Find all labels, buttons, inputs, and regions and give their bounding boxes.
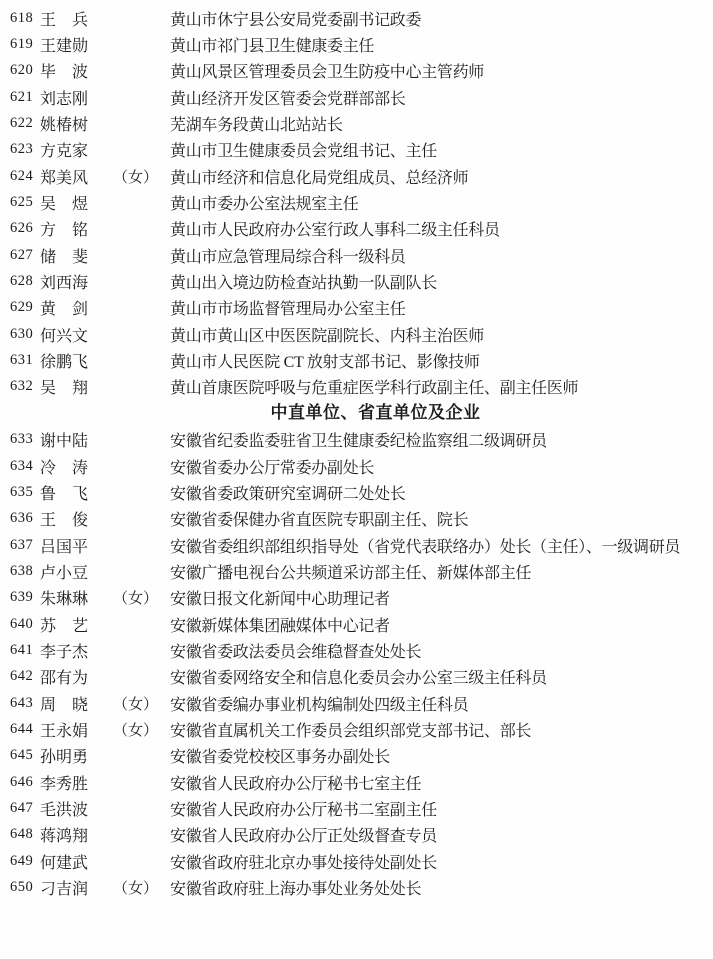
person-name: 王建勋 — [40, 33, 113, 56]
roster-row: 650刁吉润（女）安徽省政府驻上海办事处业务处处长 — [0, 874, 713, 900]
person-name: 孙明勇 — [40, 744, 113, 767]
person-position: 黄山市市场监督管理局办公室主任 — [170, 296, 713, 319]
person-position: 黄山首康医院呼吸与危重症医学科行政副主任、副主任医师 — [170, 375, 713, 398]
person-position: 安徽省人民政府办公厅秘书七室主任 — [170, 771, 713, 794]
roster-row: 618王 兵黄山市休宁县公安局党委副书记政委 — [0, 5, 713, 31]
person-position: 安徽省人民政府办公厅秘书二室副主任 — [170, 797, 713, 820]
person-name: 郑美风 — [40, 165, 113, 188]
roster-row: 638卢小豆安徽广播电视台公共频道采访部主任、新媒体部主任 — [0, 558, 713, 584]
person-position: 黄山市祁门县卫生健康委主任 — [170, 33, 713, 56]
person-position: 安徽新媒体集团融媒体中心记者 — [170, 613, 713, 636]
person-name: 吕国平 — [40, 534, 113, 557]
row-number: 626 — [10, 220, 40, 237]
person-name: 谢中陆 — [40, 428, 113, 451]
row-number: 643 — [10, 695, 40, 712]
person-position: 安徽省委网络安全和信息化委员会办公室三级主任科员 — [170, 665, 713, 688]
row-number: 620 — [10, 62, 40, 79]
person-position: 安徽省委办公厅常委办副处长 — [170, 455, 713, 478]
person-name: 王永娟 — [40, 718, 113, 741]
person-position: 安徽日报文化新闻中心助理记者 — [170, 586, 713, 609]
person-name: 徐鹏飞 — [40, 349, 113, 372]
person-name: 刘志刚 — [40, 86, 113, 109]
roster-row: 625吴 煜黄山市委办公室法规室主任 — [0, 189, 713, 215]
person-name: 何兴文 — [40, 323, 113, 346]
roster-row: 628刘西海黄山出入境边防检查站执勤一队副队长 — [0, 268, 713, 294]
person-position: 安徽省委党校校区事务办副处长 — [170, 744, 713, 767]
person-name: 何建武 — [40, 850, 113, 873]
roster-row: 629黄 剑黄山市市场监督管理局办公室主任 — [0, 295, 713, 321]
row-number: 632 — [10, 378, 40, 395]
roster-row: 631徐鹏飞黄山市人民医院 CT 放射支部书记、影像技师 — [0, 347, 713, 373]
row-number: 618 — [10, 10, 40, 27]
row-number: 645 — [10, 747, 40, 764]
person-position: 安徽省委政策研究室调研二处处长 — [170, 481, 713, 504]
roster-row: 633谢中陆安徽省纪委监委驻省卫生健康委纪检监察组二级调研员 — [0, 427, 713, 453]
row-number: 621 — [10, 89, 40, 106]
person-position: 安徽省直属机关工作委员会组织部党支部书记、部长 — [170, 718, 713, 741]
person-name: 刁吉润 — [40, 876, 113, 899]
person-name: 黄 剑 — [40, 296, 113, 319]
person-name: 邵有为 — [40, 665, 113, 688]
roster-row: 620毕 波黄山风景区管理委员会卫生防疫中心主管药师 — [0, 58, 713, 84]
row-number: 647 — [10, 800, 40, 817]
person-name: 李秀胜 — [40, 771, 113, 794]
person-position: 安徽省委政法委员会维稳督查处处长 — [170, 639, 713, 662]
row-number: 630 — [10, 326, 40, 343]
person-name: 卢小豆 — [40, 560, 113, 583]
person-position: 黄山市经济和信息化局党组成员、总经济师 — [170, 165, 713, 188]
roster-row: 635鲁 飞安徽省委政策研究室调研二处处长 — [0, 479, 713, 505]
person-name: 方克家 — [40, 138, 113, 161]
person-position: 黄山市人民政府办公室行政人事科二级主任科员 — [170, 217, 713, 240]
row-number: 640 — [10, 616, 40, 633]
roster-row: 619王建勋黄山市祁门县卫生健康委主任 — [0, 31, 713, 57]
roster-row: 641李子杰安徽省委政法委员会维稳督查处处长 — [0, 637, 713, 663]
roster-row: 643周 晓（女）安徽省委编办事业机构编制处四级主任科员 — [0, 690, 713, 716]
row-number: 631 — [10, 352, 40, 369]
person-name: 储 斐 — [40, 244, 113, 267]
person-name: 朱琳琳 — [40, 586, 113, 609]
row-number: 646 — [10, 774, 40, 791]
person-name: 吴 煜 — [40, 191, 113, 214]
gender-note: （女） — [113, 877, 170, 898]
person-name: 方 铭 — [40, 217, 113, 240]
person-name: 李子杰 — [40, 639, 113, 662]
roster-row: 642邵有为安徽省委网络安全和信息化委员会办公室三级主任科员 — [0, 664, 713, 690]
roster-row: 621刘志刚黄山经济开发区管委会党群部部长 — [0, 84, 713, 110]
person-position: 黄山风景区管理委员会卫生防疫中心主管药师 — [170, 59, 713, 82]
gender-note: （女） — [113, 587, 170, 608]
person-name: 苏 艺 — [40, 613, 113, 636]
row-number: 619 — [10, 36, 40, 53]
row-number: 641 — [10, 642, 40, 659]
row-number: 636 — [10, 510, 40, 527]
person-position: 黄山市黄山区中医医院副院长、内科主治医师 — [170, 323, 713, 346]
row-number: 634 — [10, 458, 40, 475]
roster-row: 640苏 艺安徽新媒体集团融媒体中心记者 — [0, 611, 713, 637]
roster-row: 644王永娟（女）安徽省直属机关工作委员会组织部党支部书记、部长 — [0, 716, 713, 742]
section-heading: 中直单位、省直单位及企业 — [0, 400, 713, 426]
roster-row: 636王 俊安徽省委保健办省直医院专职副主任、院长 — [0, 506, 713, 532]
person-position: 安徽广播电视台公共频道采访部主任、新媒体部主任 — [170, 560, 713, 583]
roster-row: 637吕国平安徽省委组织部组织指导处（省党代表联络办）处长（主任）、一级调研员 — [0, 532, 713, 558]
roster-row: 634冷 涛安徽省委办公厅常委办副处长 — [0, 453, 713, 479]
person-position: 安徽省人民政府办公厅正处级督查专员 — [170, 823, 713, 846]
row-number: 625 — [10, 194, 40, 211]
roster-row: 649何建武安徽省政府驻北京办事处接待处副处长 — [0, 848, 713, 874]
person-name: 周 晓 — [40, 692, 113, 715]
person-name: 鲁 飞 — [40, 481, 113, 504]
roster-row: 645孙明勇安徽省委党校校区事务办副处长 — [0, 743, 713, 769]
person-position: 黄山经济开发区管委会党群部部长 — [170, 86, 713, 109]
person-position: 安徽省委保健办省直医院专职副主任、院长 — [170, 507, 713, 530]
row-number: 642 — [10, 668, 40, 685]
roster-row: 626方 铭黄山市人民政府办公室行政人事科二级主任科员 — [0, 216, 713, 242]
row-number: 649 — [10, 853, 40, 870]
person-name: 王 俊 — [40, 507, 113, 530]
person-name: 毛洪波 — [40, 797, 113, 820]
person-position: 黄山出入境边防检查站执勤一队副队长 — [170, 270, 713, 293]
person-name: 姚椿树 — [40, 112, 113, 135]
roster-row: 622姚椿树芜湖车务段黄山北站站长 — [0, 110, 713, 136]
person-position: 黄山市人民医院 CT 放射支部书记、影像技师 — [170, 349, 713, 372]
row-number: 624 — [10, 168, 40, 185]
row-number: 637 — [10, 537, 40, 554]
roster-row: 639朱琳琳（女）安徽日报文化新闻中心助理记者 — [0, 585, 713, 611]
person-name: 吴 翔 — [40, 375, 113, 398]
person-position: 黄山市应急管理局综合科一级科员 — [170, 244, 713, 267]
row-number: 629 — [10, 299, 40, 316]
person-name: 刘西海 — [40, 270, 113, 293]
roster-row: 647毛洪波安徽省人民政府办公厅秘书二室副主任 — [0, 795, 713, 821]
person-name: 蒋鸿翔 — [40, 823, 113, 846]
roster-row: 646李秀胜安徽省人民政府办公厅秘书七室主任 — [0, 769, 713, 795]
person-name: 王 兵 — [40, 7, 113, 30]
gender-note: （女） — [113, 693, 170, 714]
gender-note: （女） — [113, 166, 170, 187]
person-position: 黄山市卫生健康委员会党组书记、主任 — [170, 138, 713, 161]
person-name: 毕 波 — [40, 59, 113, 82]
row-number: 650 — [10, 879, 40, 896]
person-position: 黄山市委办公室法规室主任 — [170, 191, 713, 214]
roster-row: 623方克家黄山市卫生健康委员会党组书记、主任 — [0, 137, 713, 163]
roster-row: 624郑美风（女）黄山市经济和信息化局党组成员、总经济师 — [0, 163, 713, 189]
row-number: 644 — [10, 721, 40, 738]
gender-note: （女） — [113, 719, 170, 740]
roster-row: 630何兴文黄山市黄山区中医医院副院长、内科主治医师 — [0, 321, 713, 347]
person-position: 安徽省委编办事业机构编制处四级主任科员 — [170, 692, 713, 715]
roster-list: 618王 兵黄山市休宁县公安局党委副书记政委619王建勋黄山市祁门县卫生健康委主… — [0, 5, 713, 901]
row-number: 648 — [10, 826, 40, 843]
person-position: 安徽省政府驻北京办事处接待处副处长 — [170, 850, 713, 873]
roster-row: 627储 斐黄山市应急管理局综合科一级科员 — [0, 242, 713, 268]
person-position: 安徽省纪委监委驻省卫生健康委纪检监察组二级调研员 — [170, 428, 713, 451]
row-number: 627 — [10, 247, 40, 264]
row-number: 635 — [10, 484, 40, 501]
person-position: 安徽省委组织部组织指导处（省党代表联络办）处长（主任）、一级调研员 — [170, 534, 713, 557]
person-position: 安徽省政府驻上海办事处业务处处长 — [170, 876, 713, 899]
person-position: 黄山市休宁县公安局党委副书记政委 — [170, 7, 713, 30]
row-number: 638 — [10, 563, 40, 580]
roster-row: 648蒋鸿翔安徽省人民政府办公厅正处级督查专员 — [0, 822, 713, 848]
person-position: 芜湖车务段黄山北站站长 — [170, 112, 713, 135]
row-number: 623 — [10, 141, 40, 158]
roster-row: 632吴 翔黄山首康医院呼吸与危重症医学科行政副主任、副主任医师 — [0, 374, 713, 400]
person-name: 冷 涛 — [40, 455, 113, 478]
row-number: 633 — [10, 431, 40, 448]
row-number: 639 — [10, 589, 40, 606]
row-number: 622 — [10, 115, 40, 132]
row-number: 628 — [10, 273, 40, 290]
document-page: 618王 兵黄山市休宁县公安局党委副书记政委619王建勋黄山市祁门县卫生健康委主… — [0, 0, 713, 959]
